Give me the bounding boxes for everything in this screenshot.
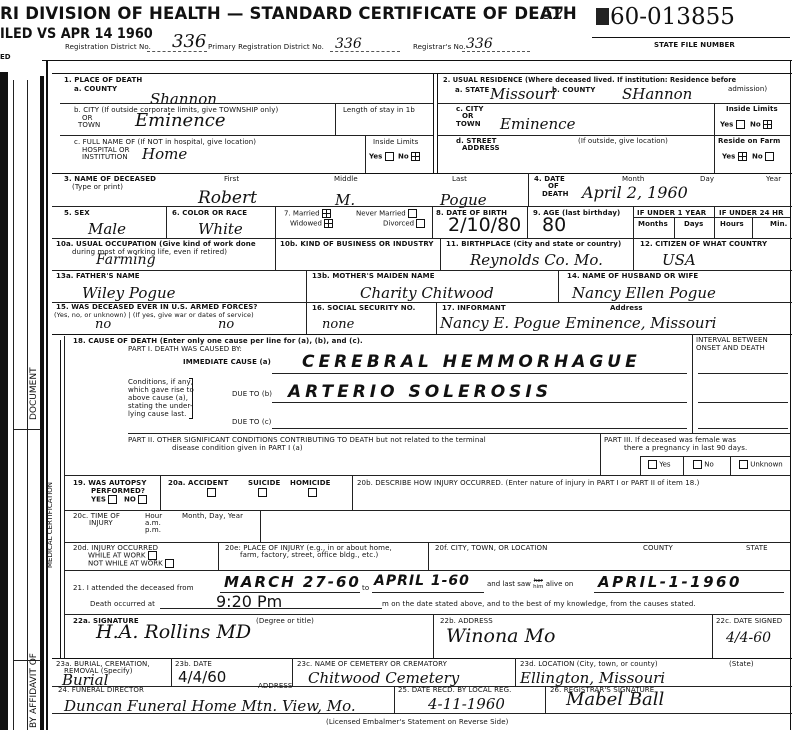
- marital-divorced[interactable]: Divorced: [383, 219, 425, 228]
- preg-div-2: [683, 456, 684, 475]
- days-label: Days: [684, 220, 703, 228]
- ur-no-label: No: [750, 121, 761, 129]
- part1-label: PART I. DEATH WAS CAUSED BY:: [128, 345, 242, 353]
- frame-right: [790, 60, 791, 730]
- pod-city-value: Eminence: [135, 113, 226, 129]
- ur-no-checkbox[interactable]: [763, 120, 772, 129]
- pod-yes-label: Yes: [369, 153, 382, 161]
- pod-yes-checkbox[interactable]: [385, 152, 394, 161]
- not-while-work-label: NOT WHILE AT WORK: [88, 560, 163, 568]
- s20c-top: [64, 510, 790, 511]
- ur-inside-divider: [714, 103, 715, 173]
- injury-county-label: COUNTY: [643, 544, 673, 552]
- due-b-value: ARTERIO SOLEROSIS: [288, 382, 552, 402]
- interval-label-1: INTERVAL BETWEEN: [696, 336, 768, 344]
- under1-under24-divider: [714, 206, 715, 238]
- autopsy-yes-label: YES: [91, 496, 106, 504]
- accident-checkbox[interactable]: [207, 488, 216, 497]
- interval-c-line: [698, 428, 788, 429]
- director-address-label: ADDRESS: [258, 682, 292, 690]
- marital-never[interactable]: Never Married: [356, 209, 417, 218]
- conditions-line-3: above cause (a),: [128, 394, 188, 402]
- father-value: Wiley Pogue: [82, 285, 176, 301]
- s1-s2-divider-b: [437, 73, 438, 173]
- s1-top: [52, 73, 792, 74]
- autopsy-yes[interactable]: YES: [91, 495, 117, 504]
- immediate-value: CEREBRAL HEMMORHAGUE: [302, 352, 641, 372]
- preg-unknown[interactable]: Unknown: [739, 460, 783, 469]
- homicide-label: HOMICIDE: [290, 479, 331, 487]
- pod-inside-divider: [365, 135, 366, 173]
- side-label: ED: [0, 53, 11, 61]
- dod-divider: [528, 173, 529, 206]
- pod-inside-limits-label: Inside Limits: [373, 138, 418, 146]
- state-file-line: [592, 37, 790, 38]
- s19-top: [64, 475, 790, 476]
- part3-label: PART III. If deceased was female was: [604, 436, 736, 444]
- s22-top: [64, 614, 790, 615]
- sex-label: 5. SEX: [64, 209, 90, 217]
- pod-hospital-sub2: INSTITUTION: [82, 153, 128, 161]
- frame-left: [46, 60, 48, 730]
- medical-cert-bar: [60, 340, 61, 658]
- s1-s2-divider: [433, 73, 434, 173]
- sig-value: H.A. Rollins MD: [96, 624, 251, 640]
- ur-city-town: TOWN: [456, 120, 481, 128]
- informant-value: Nancy E. Pogue Eminence, Missouri: [440, 315, 716, 331]
- ur-farm-no-checkbox[interactable]: [765, 152, 774, 161]
- business-label: 10b. KIND OF BUSINESS OR INDUSTRY: [280, 240, 434, 248]
- divorced-label: Divorced: [383, 220, 414, 228]
- address-value: Winona Mo: [446, 628, 555, 644]
- first-name: Robert: [198, 190, 257, 206]
- due-b-line: [272, 402, 687, 403]
- address-date-divider: [712, 614, 713, 658]
- divorced-checkbox[interactable]: [416, 219, 425, 228]
- s23-top: [52, 658, 792, 659]
- interval-divider: [692, 334, 693, 434]
- widowed-label: Widowed: [290, 220, 322, 228]
- location-state-label: (State): [729, 660, 754, 668]
- death-time: 9:20 Pm: [216, 592, 282, 611]
- pod-county-label: a. COUNTY: [74, 85, 117, 93]
- left-edge-strip: [0, 72, 8, 730]
- preg-unknown-label: Unknown: [750, 461, 783, 469]
- immediate-line: [272, 373, 687, 374]
- preg-yes-checkbox[interactable]: [648, 460, 657, 469]
- ur-state-value: Missouri: [490, 86, 556, 102]
- pod-inside-yes[interactable]: Yes: [369, 152, 394, 161]
- reg-district-value: 336: [172, 34, 206, 50]
- not-while-work-checkbox[interactable]: [165, 559, 174, 568]
- citizen-value: USA: [662, 252, 696, 268]
- year-label: Year: [766, 175, 781, 183]
- disp-date-divider: [171, 658, 172, 686]
- state-file-number-label: STATE FILE NUMBER: [654, 41, 735, 49]
- frame-top: [42, 60, 792, 61]
- conditions-line-4: stating the under-: [128, 402, 193, 410]
- hours-min-divider: [752, 217, 753, 238]
- registrar-sig-value: Mabel Ball: [566, 692, 664, 708]
- preg-yes-label: Yes: [659, 461, 670, 469]
- cemetery-label: 23c. NAME OF CEMETERY OR CREMATORY: [297, 660, 447, 668]
- document-label: DOCUMENT: [29, 367, 39, 420]
- certificate-title: RI DIVISION OF HEALTH — STANDARD CERTIFI…: [0, 4, 577, 23]
- director-label: 24. FUNERAL DIRECTOR: [58, 686, 144, 694]
- mother-label: 13b. MOTHER'S MAIDEN NAME: [312, 272, 435, 280]
- injury-state-label: STATE: [746, 544, 768, 552]
- part2-label-b: disease condition given in PART I (a): [172, 444, 303, 452]
- injury-city-label: 20f. CITY, TOWN, OR LOCATION: [435, 544, 547, 552]
- sex-value: Male: [88, 221, 126, 237]
- recd-label: 25. DATE RECD. BY LOCAL REG.: [398, 686, 511, 694]
- state-file-number: 60-013855: [596, 4, 735, 30]
- father-label: 13a. FATHER'S NAME: [56, 272, 140, 280]
- immediate-label: IMMEDIATE CAUSE (a): [183, 358, 271, 366]
- ur-row2: [437, 135, 790, 136]
- preg-no-checkbox[interactable]: [693, 460, 702, 469]
- pod-row1: [60, 103, 433, 104]
- attended-to: APRIL 1-60: [374, 573, 470, 589]
- conditions-line-2: which gave rise to: [128, 386, 194, 394]
- sig-address-divider: [433, 614, 434, 658]
- death-statement: m on the date stated above, and to the b…: [382, 600, 696, 608]
- homicide-checkbox[interactable]: [308, 488, 317, 497]
- hours-label: Hours: [720, 220, 744, 228]
- filed-stamp: ILED VS APR 14 1960: [0, 26, 153, 42]
- birthplace-value: Reynolds Co. Mo.: [470, 252, 603, 268]
- attended-from: MARCH 27-60: [224, 573, 361, 591]
- mother-value: Charity Chitwood: [360, 285, 494, 301]
- months-days-divider: [674, 217, 675, 238]
- occupation-value: Farming: [96, 252, 156, 268]
- pm-label: p.m.: [145, 526, 161, 534]
- business-birth-divider: [440, 238, 441, 270]
- informant-address-label: Address: [610, 304, 643, 312]
- dod-of: OF: [548, 182, 559, 190]
- married-label: 7. Married: [284, 210, 320, 218]
- spouse-value: Nancy Ellen Pogue: [572, 285, 716, 301]
- date-signed-value: 4/4-60: [726, 630, 771, 646]
- ur-farm-yes-label: Yes: [722, 153, 735, 161]
- address-label: 22b. ADDRESS: [440, 617, 493, 625]
- armed-value: no: [95, 317, 111, 333]
- s20d-top: [64, 542, 790, 543]
- autopsy-yes-checkbox[interactable]: [108, 495, 117, 504]
- months-label: Months: [638, 220, 668, 228]
- interval-a-line: [698, 373, 788, 374]
- registrar-no-value: 336: [466, 36, 493, 52]
- place-of-death-heading: 1. PLACE OF DEATH: [64, 76, 142, 84]
- last-seen-line: [594, 592, 784, 593]
- dod-value: April 2, 1960: [582, 185, 688, 201]
- due-c-line: [272, 428, 687, 429]
- ur-admission: admission): [728, 85, 767, 93]
- ur-street-hint: (If outside, give location): [578, 137, 668, 145]
- homicide-describe-divider: [352, 475, 353, 510]
- under1-label: IF UNDER 1 YEAR: [637, 209, 706, 217]
- pod-county-value: Shannon: [150, 91, 217, 107]
- mdy-label: Month, Day, Year: [182, 512, 243, 520]
- widowed-checkbox[interactable]: [324, 219, 333, 228]
- min-label: Min.: [770, 220, 787, 228]
- him-label: him: [533, 584, 543, 590]
- marital-widowed[interactable]: Widowed: [290, 219, 333, 228]
- informant-label: 17. INFORMANT: [442, 304, 506, 312]
- pod-city-town: TOWN: [78, 121, 100, 129]
- never-married-checkbox[interactable]: [408, 209, 417, 218]
- part2-part3-divider: [600, 433, 601, 475]
- suicide-checkbox[interactable]: [258, 488, 267, 497]
- under24-label: IF UNDER 24 HR: [719, 209, 784, 217]
- part2-top: [128, 433, 790, 434]
- ssn-informant-divider: [436, 302, 437, 334]
- length-of-stay-label: Length of stay in 1b: [343, 106, 415, 114]
- describe-label: 20b. DESCRIBE HOW INJURY OCCURRED. (Ente…: [357, 479, 699, 487]
- citizen-label: 12. CITIZEN OF WHAT COUNTRY: [640, 240, 767, 248]
- last-label: Last: [452, 175, 467, 183]
- autopsy-no[interactable]: NO: [124, 495, 147, 504]
- autopsy-label-2: PERFORMED?: [91, 487, 145, 495]
- conditions-line-5: lying cause last.: [128, 410, 186, 418]
- race-marital-divider: [275, 206, 276, 238]
- part3-label-b: there a pregnancy in last 90 days.: [624, 444, 747, 452]
- birth-citizen-divider: [633, 238, 634, 270]
- name-label: 3. NAME OF DECEASED: [64, 175, 156, 183]
- ur-county-value: SHannon: [622, 86, 692, 102]
- ur-city-value: Eminence: [500, 116, 575, 132]
- degree-label: (Degree or title): [256, 617, 314, 625]
- preg-top: [640, 456, 790, 457]
- footer-note: (Licensed Embalmer's Statement on Revers…: [326, 718, 508, 726]
- margin-line-2: [27, 80, 28, 730]
- to-label: to: [362, 584, 369, 592]
- pod-row2: [60, 135, 433, 136]
- ur-farm-yes[interactable]: Yes: [722, 152, 747, 161]
- birthplace-label: 11. BIRTHPLACE (City and state or countr…: [446, 240, 621, 248]
- part2-label: PART II. OTHER SIGNIFICANT CONDITIONS CO…: [128, 436, 486, 444]
- ur-farm-no[interactable]: No: [752, 152, 774, 161]
- date-signed-label: 22c. DATE SIGNED: [716, 617, 782, 625]
- burial-date-label: 23b. DATE: [175, 660, 212, 668]
- s18-top: [52, 334, 792, 335]
- conditions-bracket: [189, 378, 193, 419]
- margin-tick-1: [14, 429, 41, 430]
- ur-state-label: a. STATE: [455, 86, 489, 94]
- place-city-divider: [428, 542, 429, 570]
- month-label: Month: [622, 175, 644, 183]
- death-at-label: Death occurred at: [90, 600, 155, 608]
- married-checkbox[interactable]: [322, 209, 331, 218]
- s13-top: [52, 270, 792, 271]
- recd-value: 4-11-1960: [428, 696, 505, 712]
- interval-b-line: [698, 402, 788, 403]
- interval-label-2: ONSET AND DEATH: [696, 344, 765, 352]
- autopsy-accident-divider: [160, 475, 161, 510]
- work-place-divider: [218, 542, 219, 570]
- s21-top: [64, 570, 790, 571]
- ur-yes-checkbox[interactable]: [736, 120, 745, 129]
- state-file-number-value: 60-013855: [610, 4, 735, 30]
- preg-no-label: No: [704, 461, 714, 469]
- armed-service-value: no: [218, 317, 234, 333]
- usual-residence-heading: 2. USUAL RESIDENCE (Where deceased lived…: [443, 76, 736, 84]
- ur-inside-limits-label: Inside Limits: [726, 105, 778, 113]
- ssn-label: 16. SOCIAL SECURITY NO.: [312, 304, 415, 312]
- middle-label: Middle: [334, 175, 358, 183]
- cause-heading: 18. CAUSE OF DEATH (Enter only one cause…: [73, 337, 363, 345]
- margin-line-1: [13, 80, 14, 730]
- s10-top: [52, 238, 792, 239]
- recd-registrar-divider: [545, 686, 546, 713]
- place-hint: farm, factory, street, office bldg., etc…: [240, 551, 378, 559]
- primary-reg-district-value: 336: [335, 36, 362, 52]
- autopsy-label: 19. WAS AUTOPSY: [73, 479, 147, 487]
- father-mother-divider: [306, 270, 307, 302]
- burial-date-value: 4/4/60: [178, 668, 226, 686]
- ur-inside-yes[interactable]: Yes: [720, 120, 745, 129]
- due-c-label: DUE TO (c): [232, 418, 271, 426]
- ur-city-or: OR: [462, 112, 474, 120]
- reg-district-label: Registration District No.: [65, 43, 151, 51]
- ur-street-sub: ADDRESS: [462, 144, 500, 152]
- pod-length-divider: [335, 103, 336, 135]
- director-recd-divider: [394, 686, 395, 713]
- ssn-value: none: [322, 317, 354, 333]
- location-label: 23d. LOCATION (City, town, or county): [520, 660, 658, 668]
- day-label: Day: [700, 175, 714, 183]
- ur-inside-no[interactable]: No: [750, 120, 772, 129]
- race-value: White: [198, 221, 243, 237]
- attended-label: 21. I attended the deceased from: [73, 584, 194, 592]
- spouse-label: 14. NAME OF HUSBAND OR WIFE: [567, 272, 698, 280]
- ur-yes-label: Yes: [720, 121, 733, 129]
- s3-top: [52, 173, 792, 174]
- suicide-label: SUICIDE: [248, 479, 280, 487]
- autopsy-no-checkbox[interactable]: [138, 495, 147, 504]
- age-under1-divider: [633, 206, 634, 238]
- accident-label: 20a. ACCIDENT: [168, 479, 228, 487]
- alive-on-label: alive on: [546, 580, 574, 588]
- first-label: First: [224, 175, 239, 183]
- margin-thick-bar: [40, 76, 44, 730]
- medical-inner-bar: [64, 336, 65, 658]
- marital-married[interactable]: 7. Married: [284, 209, 331, 218]
- ur-county-label: b. COUNTY: [552, 86, 595, 94]
- and-last-saw: and last saw: [487, 580, 533, 588]
- under-sub-line: [633, 217, 790, 218]
- cemetery-location-divider: [515, 658, 516, 686]
- attended-to-line: [372, 592, 484, 593]
- armed-label: 15. WAS DECEASED EVER IN U.S. ARMED FORC…: [56, 303, 258, 311]
- pod-hospital-value: Home: [142, 146, 187, 162]
- time-label-2: INJURY: [89, 519, 113, 527]
- marital-dob-divider: [432, 206, 433, 238]
- preg-no[interactable]: No: [693, 460, 714, 469]
- director-line: [52, 713, 792, 714]
- preg-div-3: [730, 456, 731, 475]
- autopsy-no-label: NO: [124, 496, 136, 504]
- location-value: Ellington, Missouri: [520, 670, 665, 686]
- registrar-no-label: Registrar's No.: [413, 43, 466, 51]
- last-seen-label: and last saw her/him alive on and last s…: [487, 578, 573, 590]
- preg-unknown-checkbox[interactable]: [739, 460, 748, 469]
- name-hint: (Type or print): [72, 183, 123, 191]
- pod-inside-no[interactable]: No: [398, 152, 420, 161]
- ur-farm-no-label: No: [752, 153, 763, 161]
- ur-row1: [437, 103, 790, 104]
- conditions-line-1: Conditions, if any,: [128, 378, 193, 386]
- due-b-label: DUE TO (b): [232, 390, 272, 398]
- mother-spouse-divider: [558, 270, 559, 302]
- dob-age-divider: [527, 206, 528, 238]
- occupation-label: 10a. USUAL OCCUPATION (Give kind of work…: [56, 240, 256, 248]
- race-label: 6. COLOR OR RACE: [172, 209, 247, 217]
- s5-top: [52, 206, 792, 207]
- occ-business-divider: [275, 238, 276, 270]
- ur-farm-label: Reside on Farm: [718, 137, 780, 145]
- primary-reg-district-label: Primary Registration District No.: [208, 43, 324, 51]
- never-married-label: Never Married: [356, 210, 406, 218]
- dob-value: 2/10/80: [448, 214, 521, 236]
- pod-no-checkbox[interactable]: [411, 152, 420, 161]
- age-value: 80: [542, 214, 566, 236]
- margin-note: 52: [542, 4, 564, 24]
- not-while-work[interactable]: NOT WHILE AT WORK: [88, 559, 174, 568]
- preg-div-1: [640, 456, 641, 475]
- dod-death: DEATH: [542, 190, 569, 198]
- preg-yes[interactable]: Yes: [648, 460, 671, 469]
- affidavit-label: BY AFFIDAVIT OF: [29, 653, 39, 728]
- ur-farm-yes-checkbox[interactable]: [738, 152, 747, 161]
- sex-race-divider: [166, 206, 167, 238]
- armed-ssn-divider: [306, 302, 307, 334]
- cemetery-value: Chitwood Cemetery: [308, 670, 459, 686]
- pod-no-label: No: [398, 153, 409, 161]
- director-value: Duncan Funeral Home Mtn. View, Mo.: [64, 698, 356, 714]
- stamp-mark-icon: [596, 8, 609, 25]
- last-seen-value: APRIL-1-1960: [598, 573, 742, 591]
- time-divider: [260, 510, 261, 542]
